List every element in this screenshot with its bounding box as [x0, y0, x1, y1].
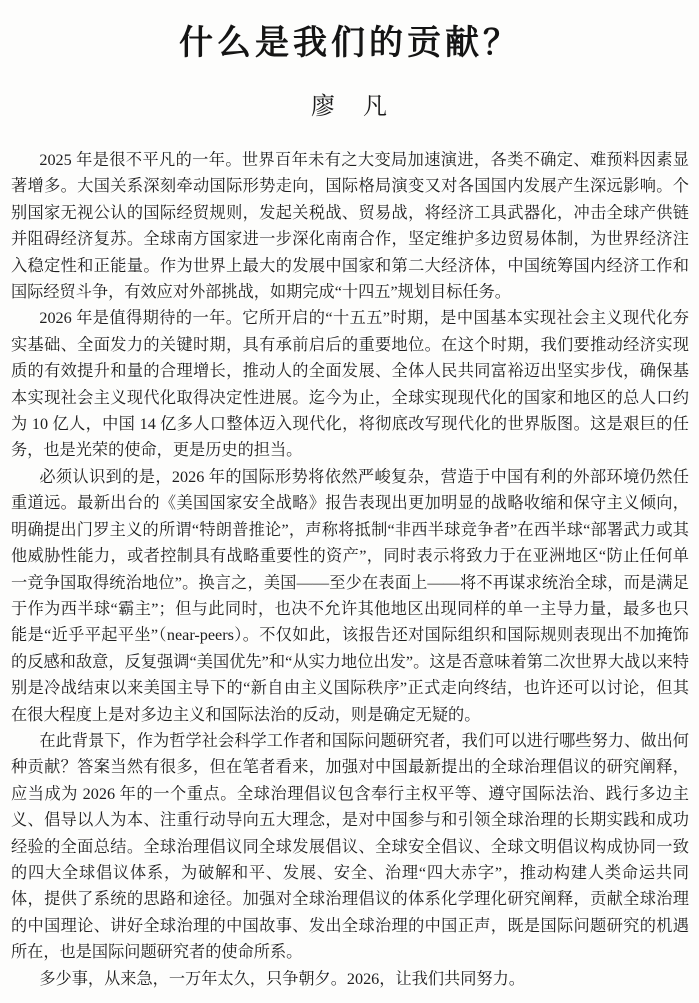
document-page: 什么是我们的贡献？ 廖 凡 2025 年是很不平凡的一年。世界百年未有之大变局加…	[0, 0, 699, 1003]
paragraph-4: 在此背景下，作为哲学社会科学工作者和国际问题研究者，我们可以进行哪些努力、做出何…	[11, 728, 689, 966]
author-name: 廖 凡	[11, 92, 689, 122]
article-body: 2025 年是很不平凡的一年。世界百年未有之大变局加速演进，各类不确定、难预料因…	[11, 147, 689, 992]
paragraph-3: 必须认识到的是，2026 年的国际形势将依然严峻复杂，营造于中国有利的外部环境仍…	[11, 464, 689, 728]
paragraph-5: 多少事，从来急，一万年太久，只争朝夕。2026，让我们共同努力。	[11, 966, 689, 992]
paragraph-2: 2026 年是值得期待的一年。它所开启的“十五五”时期，是中国基本实现社会主义现…	[11, 305, 689, 463]
page-title: 什么是我们的贡献？	[11, 22, 689, 66]
paragraph-1: 2025 年是很不平凡的一年。世界百年未有之大变局加速演进，各类不确定、难预料因…	[11, 147, 689, 305]
